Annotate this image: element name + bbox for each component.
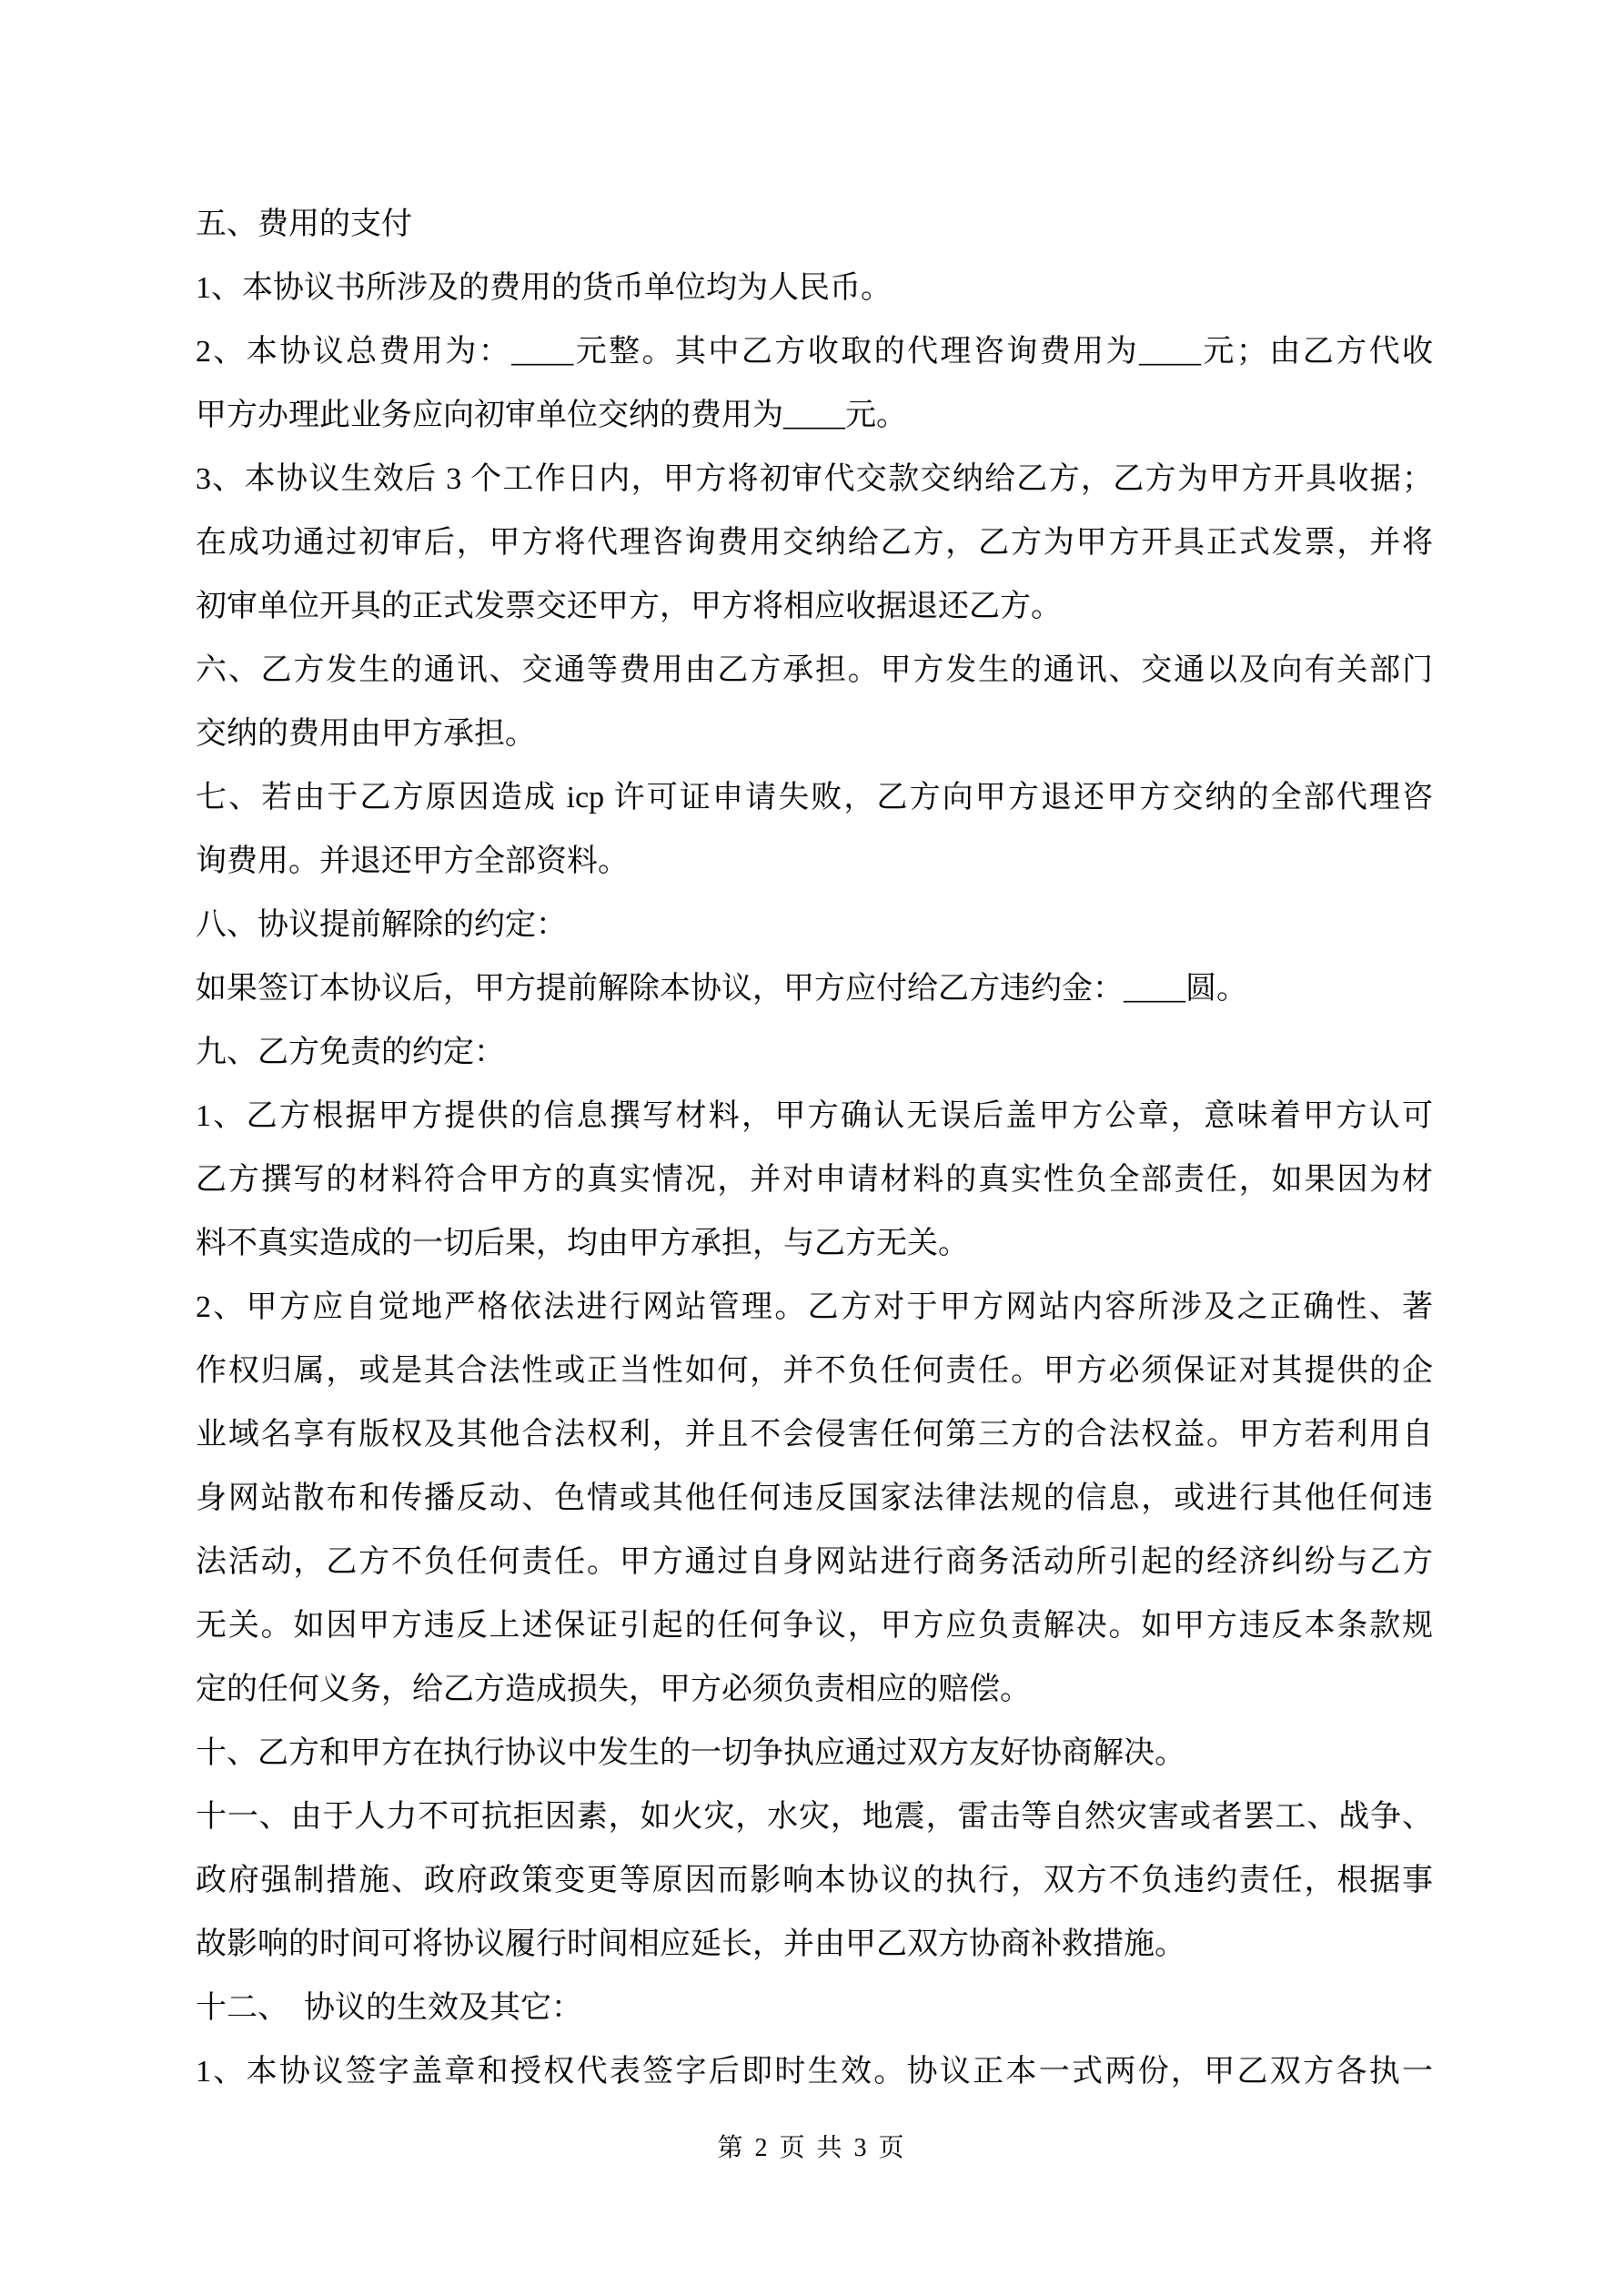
- text-line: 七、若由于乙方原因造成 icp 许可证申请失败，乙方向甲方退还甲方交纳的全部代理…: [196, 766, 1433, 830]
- text-line: 十一、由于人力不可抗拒因素，如火灾，水灾，地震，雷击等自然灾害或者罢工、战争、: [196, 1785, 1433, 1849]
- text-line: 无关。如因甲方违反上述保证引起的任何争议，甲方应负责解决。如甲方违反本条款规: [196, 1594, 1433, 1658]
- text-line: 乙方撰写的材料符合甲方的真实情况，并对申请材料的真实性负全部责任，如果因为材: [196, 1148, 1433, 1212]
- text-line: 政府强制措施、政府政策变更等原因而影响本协议的执行，双方不负违约责任，根据事: [196, 1849, 1433, 1913]
- text-line: 甲方办理此业务应向初审单位交纳的费用为____元。: [196, 384, 1433, 448]
- text-line: 身网站散布和传播反动、色情或其他任何违反国家法律法规的信息，或进行其他任何违: [196, 1467, 1433, 1531]
- text-line: 交纳的费用由甲方承担。: [196, 703, 1433, 766]
- document-body: 五、费用的支付1、本协议书所涉及的费用的货币单位均为人民币。2、本协议总费用为：…: [196, 193, 1433, 2104]
- text-line: 2、甲方应自觉地严格依法进行网站管理。乙方对于甲方网站内容所涉及之正确性、著: [196, 1276, 1433, 1340]
- text-line: 九、乙方免责的约定：: [196, 1021, 1433, 1085]
- text-line: 初审单位开具的正式发票交还甲方，甲方将相应收据退还乙方。: [196, 575, 1433, 639]
- text-line: 故影响的时间可将协议履行时间相应延长，并由甲乙双方协商补救措施。: [196, 1913, 1433, 1977]
- text-line: 2、本协议总费用为：____元整。其中乙方收取的代理咨询费用为____元；由乙方…: [196, 320, 1433, 384]
- text-line: 作权归属，或是其合法性或正当性如何，并不负任何责任。甲方必须保证对其提供的企: [196, 1340, 1433, 1403]
- text-line: 3、本协议生效后 3 个工作日内，甲方将初审代交款交纳给乙方，乙方为甲方开具收据…: [196, 448, 1433, 511]
- text-line: 八、协议提前解除的约定：: [196, 894, 1433, 957]
- document-page: 五、费用的支付1、本协议书所涉及的费用的货币单位均为人民币。2、本协议总费用为：…: [0, 0, 1624, 2296]
- text-line: 定的任何义务，给乙方造成损失，甲方必须负责相应的赔偿。: [196, 1658, 1433, 1722]
- text-line: 十二、 协议的生效及其它：: [196, 1977, 1433, 2040]
- text-line: 1、本协议书所涉及的费用的货币单位均为人民币。: [196, 257, 1433, 320]
- text-line: 业域名享有版权及其他合法权利，并且不会侵害任何第三方的合法权益。甲方若利用自: [196, 1403, 1433, 1467]
- text-line: 在成功通过初审后，甲方将代理咨询费用交纳给乙方，乙方为甲方开具正式发票，并将: [196, 511, 1433, 575]
- text-line: 1、乙方根据甲方提供的信息撰写材料，甲方确认无误后盖甲方公章，意味着甲方认可: [196, 1085, 1433, 1148]
- text-line: 料不真实造成的一切后果，均由甲方承担，与乙方无关。: [196, 1212, 1433, 1276]
- text-line: 十、乙方和甲方在执行协议中发生的一切争执应通过双方友好协商解决。: [196, 1722, 1433, 1785]
- text-line: 五、费用的支付: [196, 193, 1433, 257]
- text-line: 六、乙方发生的通讯、交通等费用由乙方承担。甲方发生的通讯、交通以及向有关部门: [196, 639, 1433, 703]
- page-footer: 第 2 页 共 3 页: [0, 2128, 1624, 2164]
- text-line: 询费用。并退还甲方全部资料。: [196, 830, 1433, 894]
- text-line: 如果签订本协议后，甲方提前解除本协议，甲方应付给乙方违约金：____圆。: [196, 957, 1433, 1021]
- text-line: 法活动，乙方不负任何责任。甲方通过自身网站进行商务活动所引起的经济纠纷与乙方: [196, 1531, 1433, 1594]
- text-line: 1、本协议签字盖章和授权代表签字后即时生效。协议正本一式两份，甲乙双方各执一: [196, 2040, 1433, 2104]
